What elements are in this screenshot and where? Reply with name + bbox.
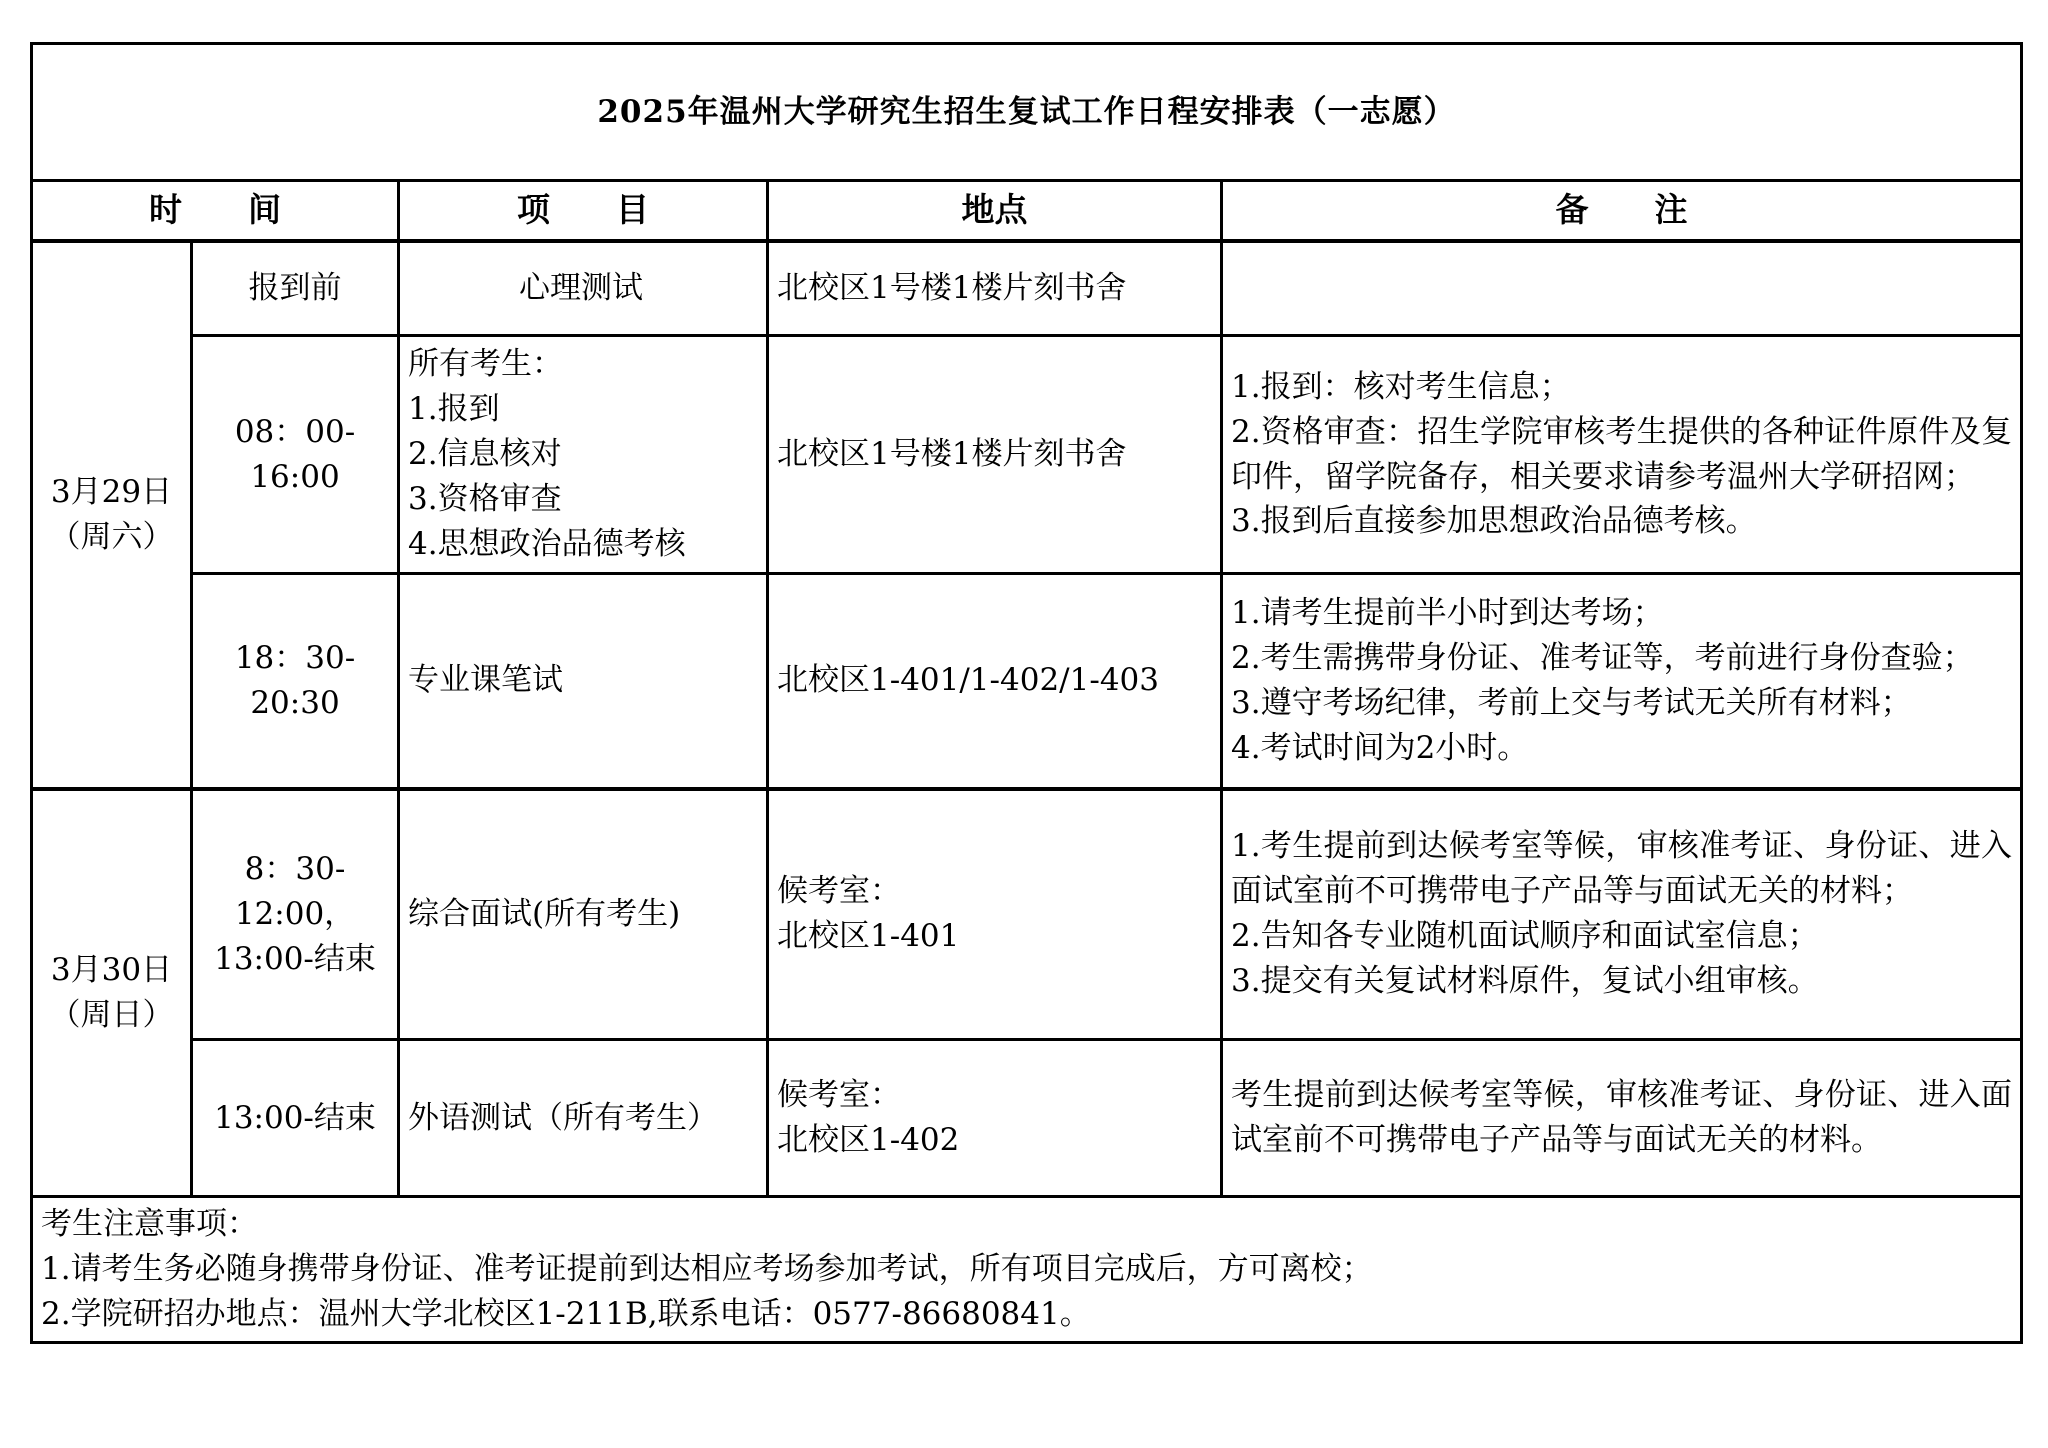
footer-row: 考生注意事项： 1.请考生务必随身携带身份证、准考证提前到达相应考场参加考试，所…	[32, 1197, 2022, 1343]
cell-r3-project: 专业课笔试	[399, 574, 768, 789]
candidate-notice: 考生注意事项： 1.请考生务必随身携带身份证、准考证提前到达相应考场参加考试，所…	[32, 1197, 2022, 1343]
cell-r4-time: 8：30- 12:00， 13:00-结束	[192, 789, 399, 1040]
column-header-notes: 备 注	[1222, 181, 2022, 241]
cell-r4-project: 综合面试(所有考生)	[399, 789, 768, 1040]
title-row: 2025年温州大学研究生招生复试工作日程安排表（一志愿）	[32, 44, 2022, 181]
schedule-table: 2025年温州大学研究生招生复试工作日程安排表（一志愿） 时 间 项 目 地点 …	[30, 42, 2023, 1344]
table-row: 3月30日 （周日） 8：30- 12:00， 13:00-结束 综合面试(所有…	[32, 789, 2022, 1040]
cell-r1-location: 北校区1号楼1楼片刻书舍	[768, 241, 1222, 336]
cell-r3-time: 18：30- 20:30	[192, 574, 399, 789]
cell-r2-time: 08：00- 16:00	[192, 336, 399, 574]
column-header-location: 地点	[768, 181, 1222, 241]
cell-r3-location: 北校区1-401/1-402/1-403	[768, 574, 1222, 789]
column-header-time: 时 间	[32, 181, 399, 241]
cell-r4-notes: 1.考生提前到达候考室等候，审核准考证、身份证、进入面试室前不可携带电子产品等与…	[1222, 789, 2022, 1040]
cell-r3-notes: 1.请考生提前半小时到达考场； 2.考生需携带身份证、准考证等，考前进行身份查验…	[1222, 574, 2022, 789]
table-row: 08：00- 16:00 所有考生： 1.报到 2.信息核对 3.资格审查 4.…	[32, 336, 2022, 574]
cell-r5-project: 外语测试（所有考生）	[399, 1040, 768, 1197]
cell-r5-notes: 考生提前到达候考室等候，审核准考证、身份证、进入面试室前不可携带电子产品等与面试…	[1222, 1040, 2022, 1197]
table-row: 18：30- 20:30 专业课笔试 北校区1-401/1-402/1-403 …	[32, 574, 2022, 789]
date-cell-day1: 3月29日 （周六）	[32, 241, 192, 789]
cell-r1-notes	[1222, 241, 2022, 336]
page-title: 2025年温州大学研究生招生复试工作日程安排表（一志愿）	[32, 44, 2022, 181]
cell-r2-project: 所有考生： 1.报到 2.信息核对 3.资格审查 4.思想政治品德考核	[399, 336, 768, 574]
column-header-project: 项 目	[399, 181, 768, 241]
cell-r5-time: 13:00-结束	[192, 1040, 399, 1197]
date-cell-day2: 3月30日 （周日）	[32, 789, 192, 1197]
table-row: 3月29日 （周六） 报到前 心理测试 北校区1号楼1楼片刻书舍	[32, 241, 2022, 336]
document-sheet: 2025年温州大学研究生招生复试工作日程安排表（一志愿） 时 间 项 目 地点 …	[30, 42, 2020, 1344]
header-row: 时 间 项 目 地点 备 注	[32, 181, 2022, 241]
cell-r4-location: 候考室： 北校区1-401	[768, 789, 1222, 1040]
table-row: 13:00-结束 外语测试（所有考生） 候考室： 北校区1-402 考生提前到达…	[32, 1040, 2022, 1197]
cell-r1-project: 心理测试	[399, 241, 768, 336]
cell-r5-location: 候考室： 北校区1-402	[768, 1040, 1222, 1197]
cell-r2-notes: 1.报到：核对考生信息； 2.资格审查：招生学院审核考生提供的各种证件原件及复印…	[1222, 336, 2022, 574]
cell-r1-time: 报到前	[192, 241, 399, 336]
cell-r2-location: 北校区1号楼1楼片刻书舍	[768, 336, 1222, 574]
